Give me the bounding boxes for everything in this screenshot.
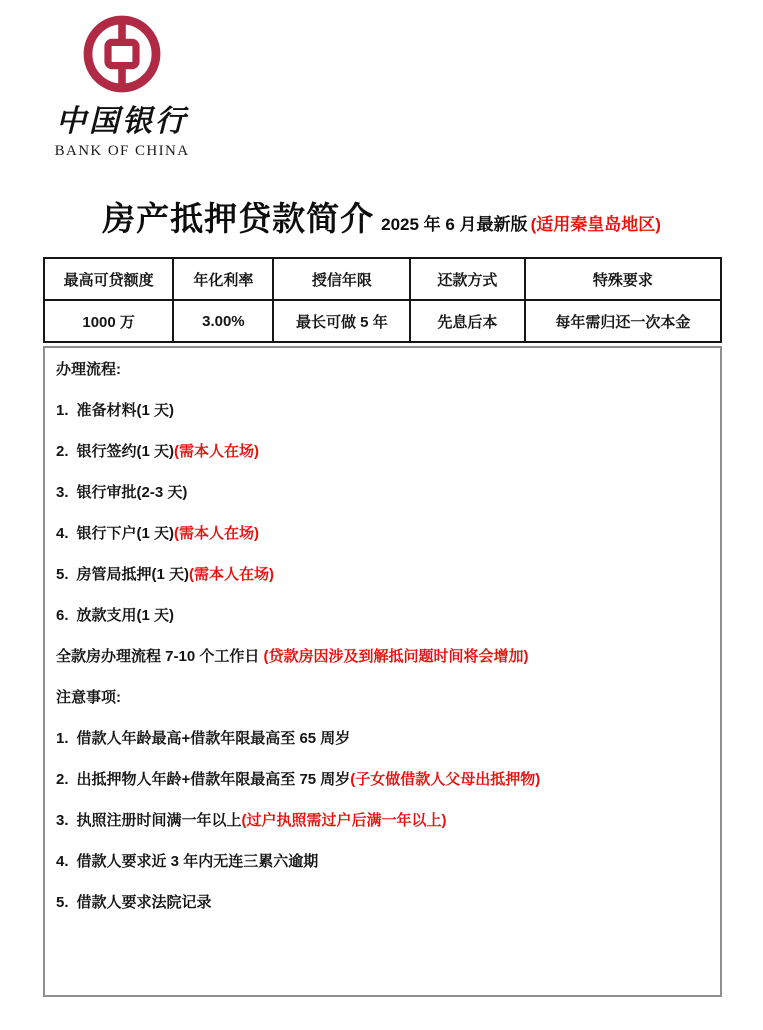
- summary-text: 全款房办理流程 7-10 个工作日: [56, 648, 259, 665]
- step-text: 准备材料(1 天): [77, 402, 175, 419]
- value-annual-rate: 3.00%: [173, 300, 273, 342]
- process-step: 4.银行下户(1 天)(需本人在场): [56, 525, 712, 543]
- notice-item: 1.借款人年龄最高+借款年限最高至 65 周岁: [56, 730, 712, 748]
- step-text: 房管局抵押(1 天): [77, 566, 190, 583]
- document-title: 房产抵押贷款简介 2025 年 6 月最新版 (适用秦皇岛地区): [0, 193, 763, 240]
- step-text: 银行审批(2-3 天): [77, 484, 188, 501]
- notice-red-note: (过户执照需过户后满一年以上): [242, 812, 447, 829]
- bank-name-chinese: 中国银行: [46, 96, 198, 140]
- step-text: 放款支用(1 天): [77, 607, 175, 624]
- process-step: 2.银行签约(1 天)(需本人在场): [56, 443, 712, 461]
- loan-summary-table: 最高可贷额度 年化利率 授信年限 还款方式 特殊要求 1000 万 3.00% …: [43, 257, 722, 343]
- header-repayment-method: 还款方式: [410, 258, 524, 300]
- notice-text: 借款人要求近 3 年内无连三累六逾期: [77, 853, 319, 870]
- step-number: 4.: [56, 525, 69, 543]
- notice-text: 出抵押物人年龄+借款年限最高至 75 周岁: [77, 771, 351, 788]
- header-annual-rate: 年化利率: [173, 258, 273, 300]
- step-number: 1.: [56, 402, 69, 420]
- table-value-row: 1000 万 3.00% 最长可做 5 年 先息后本 每年需归还一次本金: [44, 300, 721, 342]
- notice-number: 3.: [56, 812, 69, 830]
- summary-red-note: (贷款房因涉及到解抵问题时间将会增加): [264, 648, 529, 665]
- process-step: 6.放款支用(1 天): [56, 607, 712, 625]
- process-summary: 全款房办理流程 7-10 个工作日 (贷款房因涉及到解抵问题时间将会增加): [56, 648, 712, 666]
- notice-item: 3.执照注册时间满一年以上(过户执照需过户后满一年以上): [56, 812, 712, 830]
- process-step: 3.银行审批(2-3 天): [56, 484, 712, 502]
- notice-item: 2.出抵押物人年龄+借款年限最高至 75 周岁(子女做借款人父母出抵押物): [56, 771, 712, 789]
- step-text: 银行签约(1 天): [77, 443, 175, 460]
- bank-name-english: BANK OF CHINA: [46, 143, 198, 160]
- title-main: 房产抵押贷款简介: [102, 193, 374, 240]
- title-version: 2025 年 6 月最新版: [381, 210, 527, 235]
- step-text: 银行下户(1 天): [77, 525, 175, 542]
- header-max-loan-amount: 最高可贷额度: [44, 258, 173, 300]
- step-red-note: (需本人在场): [174, 525, 259, 542]
- notice-number: 4.: [56, 853, 69, 871]
- process-heading: 办理流程:: [56, 361, 712, 379]
- content-box: 办理流程: 1.准备材料(1 天) 2.银行签约(1 天)(需本人在场) 3.银…: [43, 346, 722, 997]
- process-step: 5.房管局抵押(1 天)(需本人在场): [56, 566, 712, 584]
- notice-number: 2.: [56, 771, 69, 789]
- process-step: 1.准备材料(1 天): [56, 402, 712, 420]
- step-number: 6.: [56, 607, 69, 625]
- bank-logo: 中国银行 BANK OF CHINA: [46, 14, 198, 160]
- notice-text: 借款人年龄最高+借款年限最高至 65 周岁: [77, 730, 351, 747]
- value-special-requirements: 每年需归还一次本金: [525, 300, 721, 342]
- header-credit-term: 授信年限: [273, 258, 410, 300]
- bank-of-china-emblem-icon: [82, 14, 162, 94]
- table-header-row: 最高可贷额度 年化利率 授信年限 还款方式 特殊要求: [44, 258, 721, 300]
- step-red-note: (需本人在场): [189, 566, 274, 583]
- step-number: 5.: [56, 566, 69, 584]
- notice-number: 1.: [56, 730, 69, 748]
- notice-item: 4.借款人要求近 3 年内无连三累六逾期: [56, 853, 712, 871]
- header-special-requirements: 特殊要求: [525, 258, 721, 300]
- step-red-note: (需本人在场): [174, 443, 259, 460]
- step-number: 2.: [56, 443, 69, 461]
- notice-red-note: (子女做借款人父母出抵押物): [350, 771, 540, 788]
- notice-text: 执照注册时间满一年以上: [77, 812, 242, 829]
- value-max-loan-amount: 1000 万: [44, 300, 173, 342]
- step-number: 3.: [56, 484, 69, 502]
- title-region-note: (适用秦皇岛地区): [531, 210, 661, 235]
- notice-item: 5.借款人要求法院记录: [56, 894, 712, 912]
- notice-number: 5.: [56, 894, 69, 912]
- notes-heading: 注意事项:: [56, 689, 712, 707]
- value-repayment-method: 先息后本: [410, 300, 524, 342]
- value-credit-term: 最长可做 5 年: [273, 300, 410, 342]
- notice-text: 借款人要求法院记录: [77, 894, 212, 911]
